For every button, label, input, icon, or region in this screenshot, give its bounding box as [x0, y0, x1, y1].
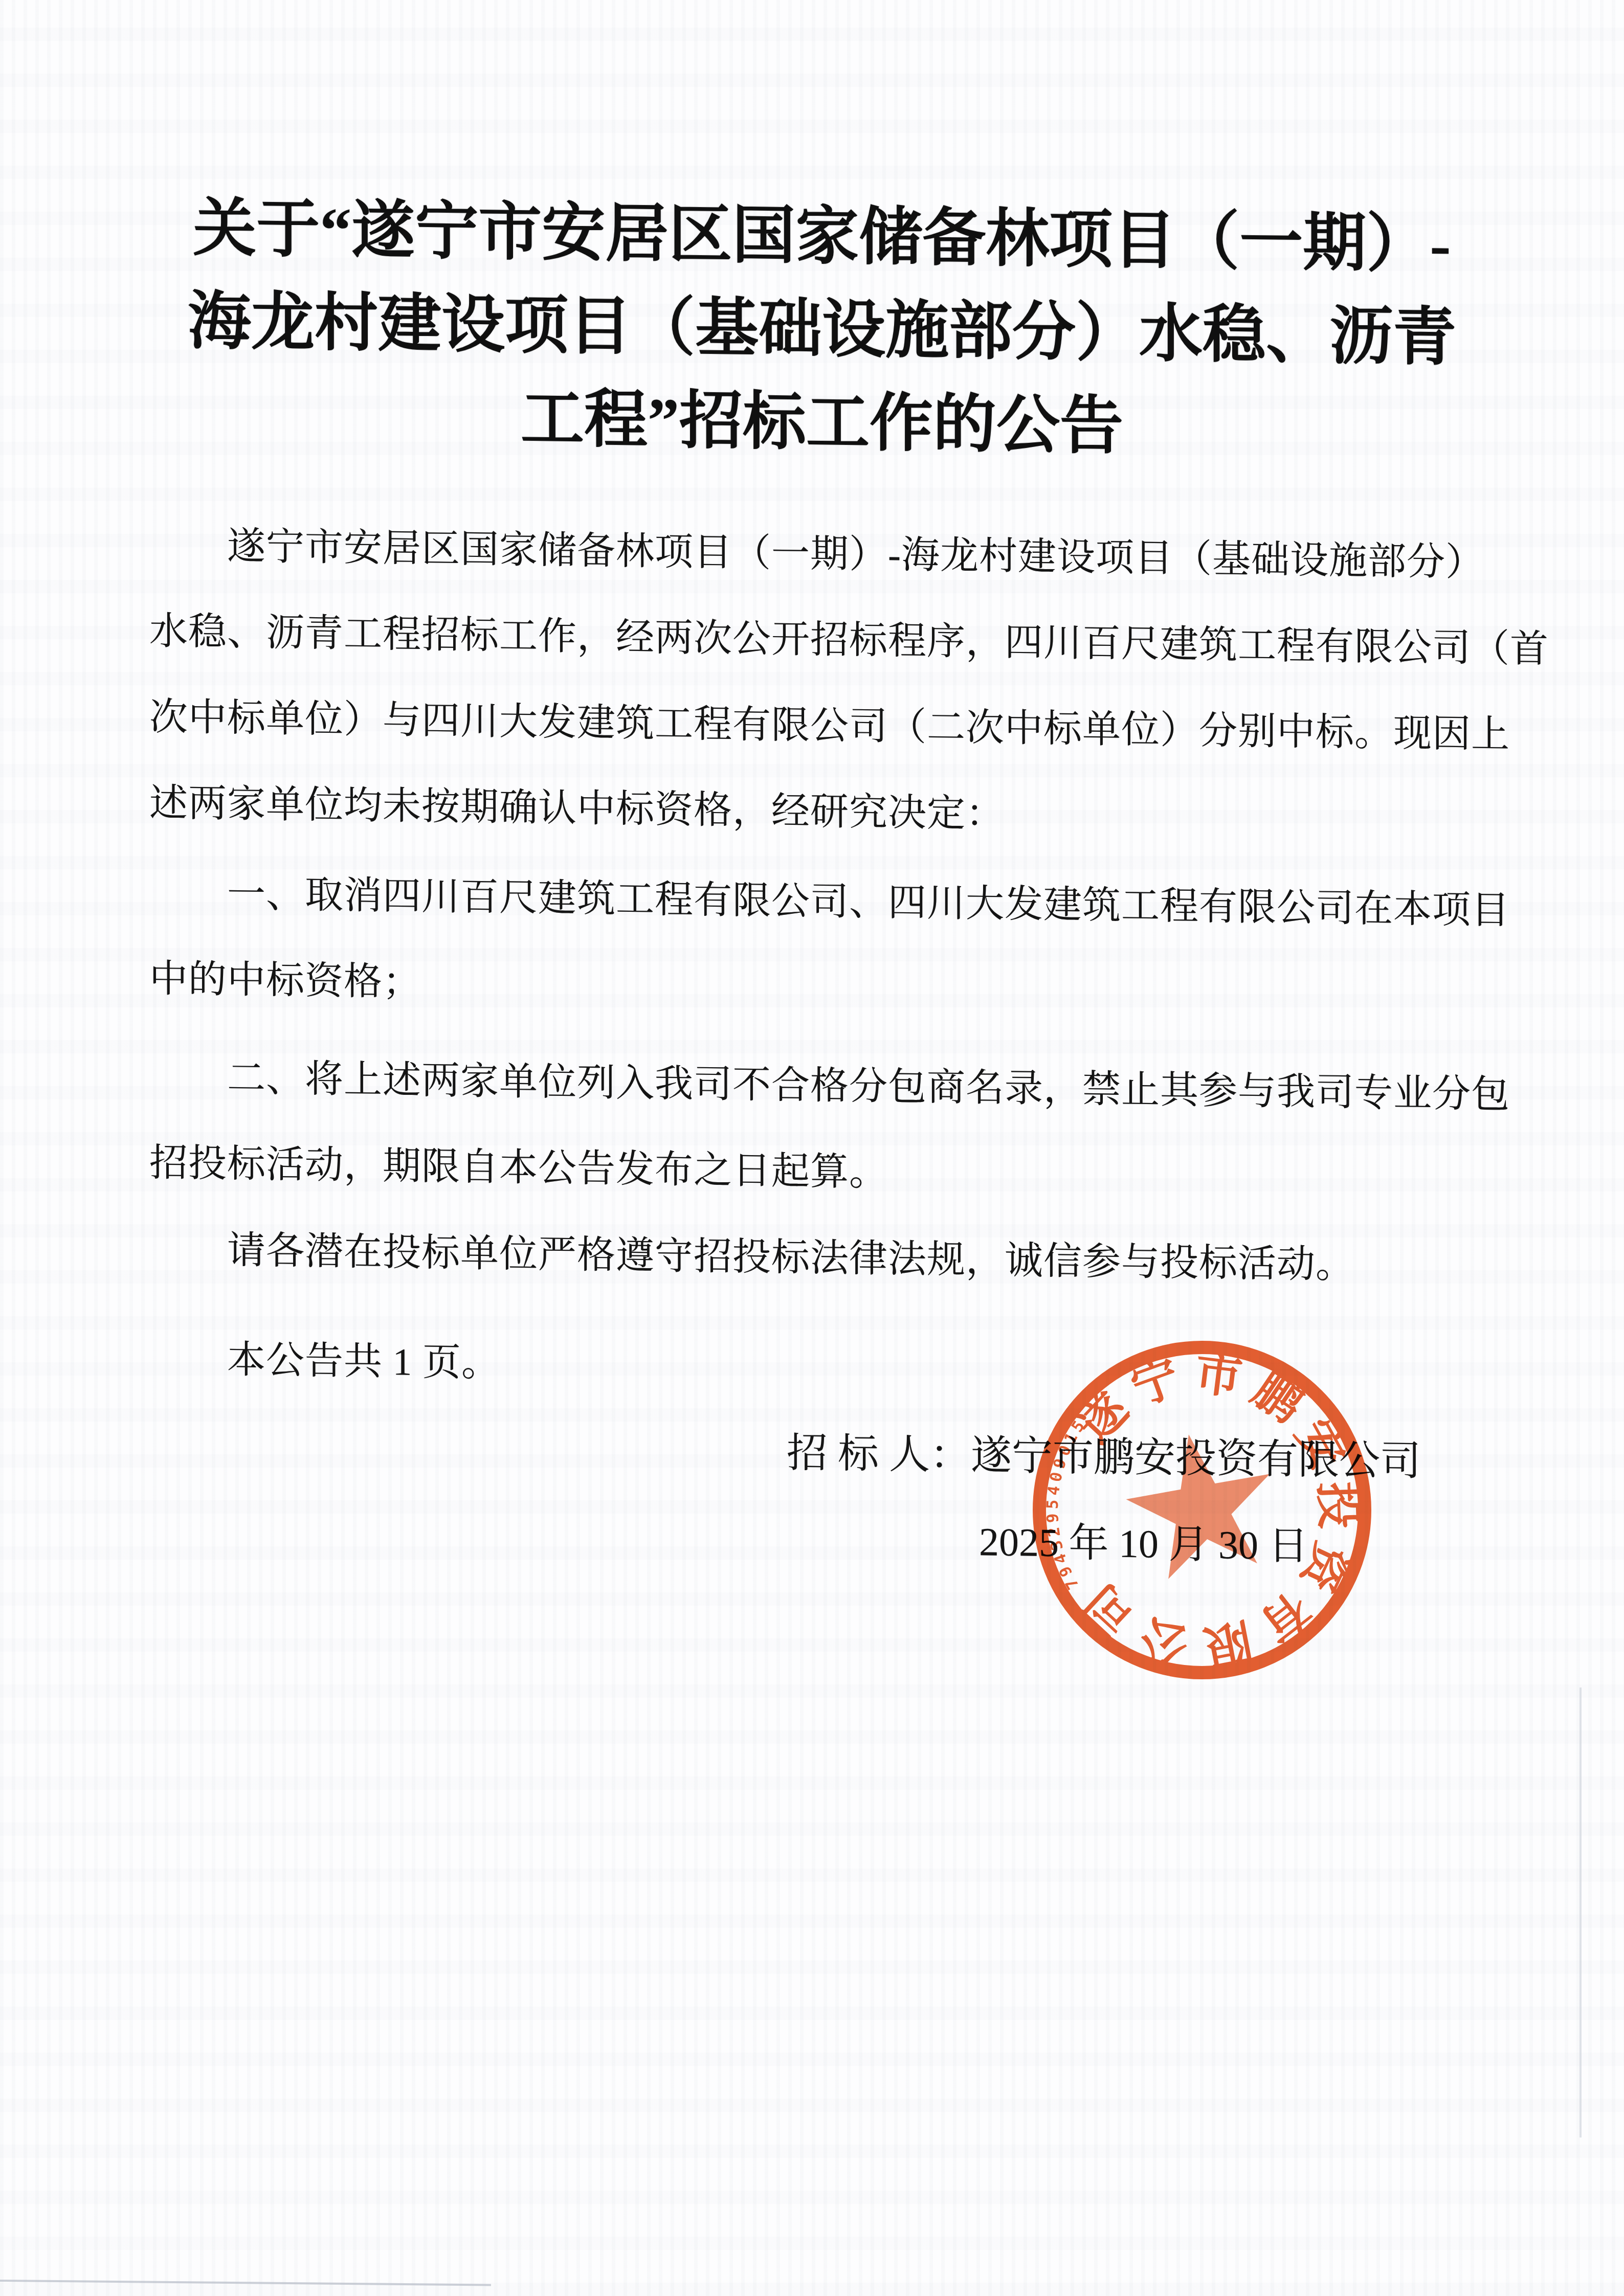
text-line: 二、将上述两家单位列入我司不合格分包商名录，禁止其参与我司专业分包 — [149, 1034, 1495, 1138]
svg-text:0: 0 — [1055, 1443, 1075, 1458]
svg-text:9: 9 — [1043, 1513, 1062, 1523]
notice-title: 关于“遂宁市安居区国家储备林项目（一期）- 海龙村建设项目（基础设施部分）水稳、… — [149, 182, 1495, 478]
paragraph-reminder: 请各潜在投标单位严格遵守招投标法律法规，诚信参与投标活动。 — [149, 1207, 1495, 1310]
text-line: 水稳、沥青工程招标工作，经两次公开招标程序，四川百尺建筑工程有限公司（首 — [149, 589, 1495, 692]
paragraph-item-1: 一、取消四川百尺建筑工程有限公司、四川大发建筑工程有限公司在本项目 中的中标资格… — [149, 850, 1495, 1040]
text-line: 一、取消四川百尺建筑工程有限公司、四川大发建筑工程有限公司在本项目 — [149, 850, 1495, 954]
title-line-1: 关于“遂宁市安居区国家储备林项目（一期）- — [149, 182, 1495, 292]
svg-text:有: 有 — [1251, 1582, 1320, 1652]
svg-text:投: 投 — [1310, 1481, 1364, 1530]
paragraph-item-2: 二、将上述两家单位列入我司不合格分包商名录，禁止其参与我司专业分包 招投标活动，… — [149, 1034, 1495, 1224]
paragraph-intro: 遂宁市安居区国家储备林项目（一期）-海龙村建设项目（基础设施部分） 水稳、沥青工… — [149, 503, 1495, 864]
text-line: 中的中标资格； — [149, 936, 1495, 1040]
text-line: 次中标单位）与四川大发建筑工程有限公司（二次中标单位）分别中标。现因上 — [149, 674, 1495, 778]
text-line: 请各潜在投标单位严格遵守招投标法律法规，诚信参与投标活动。 — [149, 1207, 1495, 1310]
scanned-notice-page: 关于“遂宁市安居区国家储备林项目（一期）- 海龙村建设项目（基础设施部分）水稳、… — [0, 0, 1624, 2296]
title-line-2: 海龙村建设项目（基础设施部分）水稳、沥青 — [149, 275, 1495, 385]
svg-text:限: 限 — [1200, 1613, 1256, 1673]
scan-edge-artifact-right — [1579, 1687, 1582, 2137]
svg-text:4: 4 — [1051, 1551, 1071, 1566]
title-line-3: 工程”招标工作的公告 — [149, 368, 1495, 478]
svg-text:3: 3 — [1047, 1539, 1067, 1552]
text-line: 述两家单位均未按期确认中标资格，经研究决定： — [149, 760, 1495, 864]
text-line: 遂宁市安居区国家储备林项目（一期）-海龙村建设项目（基础设施部分） — [149, 503, 1495, 606]
svg-text:9: 9 — [1056, 1563, 1076, 1580]
seal-star — [1126, 1434, 1270, 1579]
scan-edge-artifact-bottom — [0, 2280, 491, 2286]
text-line: 招投标活动，期限自本公告发布之日起算。 — [149, 1120, 1495, 1224]
official-seal: 遂宁市鹏安投资有限公司 5109045923497 — [997, 1305, 1407, 1715]
svg-text:市: 市 — [1192, 1347, 1245, 1404]
svg-text:4: 4 — [1044, 1484, 1063, 1496]
svg-text:0: 0 — [1047, 1470, 1066, 1483]
svg-text:2: 2 — [1044, 1526, 1064, 1538]
svg-text:9: 9 — [1050, 1456, 1070, 1471]
svg-text:司: 司 — [1075, 1574, 1145, 1644]
svg-text:5: 5 — [1043, 1499, 1062, 1510]
tenderer-label: 招 标 人： — [787, 1431, 971, 1478]
